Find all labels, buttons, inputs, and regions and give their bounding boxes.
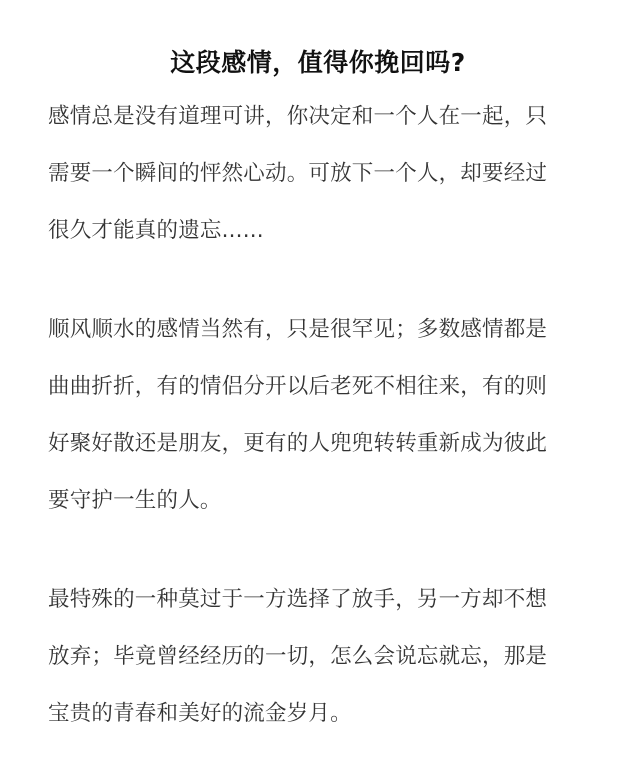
paragraph-line: 需要一个瞬间的怦然心动。可放下一个人，却要经过 — [48, 159, 547, 189]
paragraph-line: 要守护一生的人。 — [48, 486, 222, 516]
paragraph-line: 放弃；毕竟曾经经历的一切，怎么会说忘就忘，那是 — [48, 642, 547, 672]
paragraph-line: 很久才能真的遗忘...... — [48, 216, 264, 246]
paragraph-line: 好聚好散还是朋友，更有的人兜兜转转重新成为彼此 — [48, 429, 547, 459]
paragraph-line: 最特殊的一种莫过于一方选择了放手，另一方却不想 — [48, 585, 547, 615]
paragraph-line: 宝贵的青春和美好的流金岁月。 — [48, 699, 352, 729]
article-title: 这段感情，值得你挽回吗? — [0, 45, 636, 81]
paragraph-line: 感情总是没有道理可讲，你决定和一个人在一起，只 — [48, 102, 547, 132]
paragraph-line: 曲曲折折，有的情侣分开以后老死不相往来，有的则 — [48, 372, 547, 402]
paragraph-line: 顺风顺水的感情当然有，只是很罕见；多数感情都是 — [48, 315, 547, 345]
article: 这段感情，值得你挽回吗? 感情总是没有道理可讲，你决定和一个人在一起，只 需要一… — [0, 0, 636, 760]
